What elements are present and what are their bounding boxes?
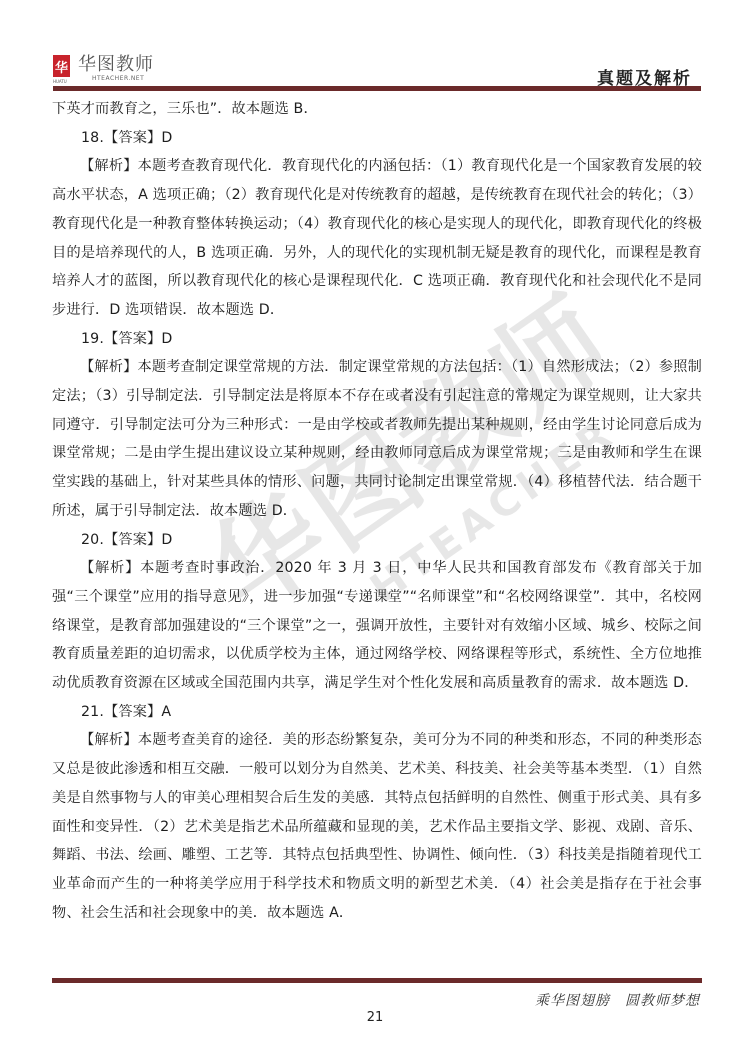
footer-divider	[52, 978, 702, 983]
header-divider	[53, 86, 701, 91]
logo-name: 华图教师	[78, 55, 154, 75]
logo-url: HTEACHER.NET	[92, 75, 154, 82]
footer-slogan: 乘华图翅膀 圆教师梦想	[535, 990, 700, 1010]
continuation-text: 下英才而教育之，三乐也”．故本题选 B．	[52, 95, 702, 124]
logo-mark-icon: 华	[53, 55, 70, 77]
answer-20: 20.【答案】D	[52, 526, 702, 555]
logo-mark-caption: HUATU	[53, 79, 67, 84]
answer-21: 21.【答案】A	[52, 698, 702, 727]
page-number: 21	[0, 1010, 750, 1025]
brand-logo: 华 HUATU 华图教师 HTEACHER.NET	[53, 55, 154, 82]
analysis-21: 【解析】本题考查美育的途径．美的形态纷繁复杂，美可分为不同的种类和形态，不同的种…	[52, 726, 702, 927]
analysis-18: 【解析】本题考查教育现代化．教育现代化的内涵包括：（1）教育现代化是一个国家教育…	[52, 152, 702, 324]
analysis-19: 【解析】本题考查制定课堂常规的方法．制定课堂常规的方法包括：（1）自然形成法；（…	[52, 353, 702, 525]
answer-18: 18.【答案】D	[52, 124, 702, 153]
document-body: 下英才而教育之，三乐也”．故本题选 B． 18.【答案】D 【解析】本题考查教育…	[52, 95, 702, 927]
analysis-20: 【解析】本题考查时事政治．2020 年 3 月 3 日，中华人民共和国教育部发布…	[52, 554, 702, 698]
answer-19: 19.【答案】D	[52, 325, 702, 354]
